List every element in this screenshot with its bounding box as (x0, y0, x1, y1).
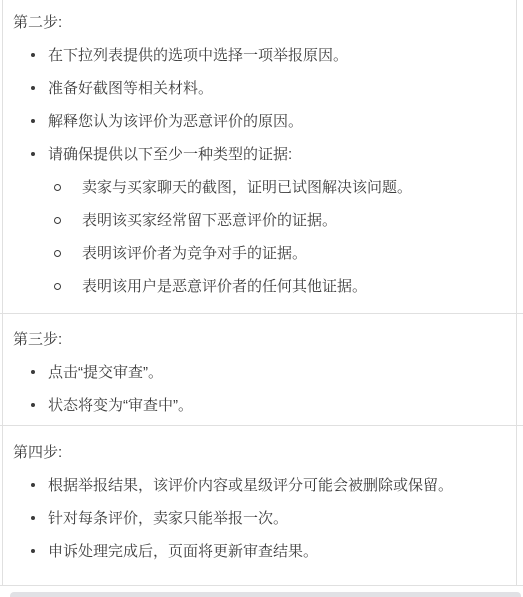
help-document-page: 第二步: 在下拉列表提供的选项中选择一项举报原因。 准备好截图等相关材料。 解释… (0, 0, 523, 597)
step-4-list: 根据举报结果，该评价内容或星级评分可能会被删除或保留。 针对每条评价，卖家只能举… (13, 475, 507, 562)
panel-border-left (2, 0, 3, 585)
list-item-text: 请确保提供以下至少一种类型的证据: (48, 146, 292, 163)
step-2-section: 第二步: 在下拉列表提供的选项中选择一项举报原因。 准备好截图等相关材料。 解释… (0, 0, 523, 313)
list-item: 针对每条评价，卖家只能举报一次。 (48, 508, 507, 529)
step-2-list: 在下拉列表提供的选项中选择一项举报原因。 准备好截图等相关材料。 解释您认为该评… (13, 45, 507, 297)
step-3-section: 第三步: 点击“提交审查”。 状态将变为“审查中”。 (0, 314, 523, 425)
list-item: 解释您认为该评价为恶意评价的原因。 (48, 111, 507, 132)
list-item: 请确保提供以下至少一种类型的证据: 卖家与买家聊天的截图，证明已试图解决该问题。… (48, 144, 507, 297)
step-3-heading: 第三步: (13, 329, 507, 350)
step-4-section: 第四步: 根据举报结果，该评价内容或星级评分可能会被删除或保留。 针对每条评价，… (0, 426, 523, 585)
panel-border-right (516, 0, 517, 585)
list-item: 准备好截图等相关材料。 (48, 78, 507, 99)
list-item: 状态将变为“审查中”。 (48, 395, 507, 416)
step-4-heading: 第四步: (13, 442, 507, 463)
sub-list-item: 卖家与买家聊天的截图，证明已试图解决该问题。 (82, 177, 507, 198)
list-item: 点击“提交审查”。 (48, 362, 507, 383)
list-item: 根据举报结果，该评价内容或星级评分可能会被删除或保留。 (48, 475, 507, 496)
horizontal-scrollbar[interactable] (10, 592, 521, 597)
sub-list-item: 表明该买家经常留下恶意评价的证据。 (82, 210, 507, 231)
list-item: 在下拉列表提供的选项中选择一项举报原因。 (48, 45, 507, 66)
step-3-list: 点击“提交审查”。 状态将变为“审查中”。 (13, 362, 507, 416)
sub-list-item: 表明该用户是恶意评价者的任何其他证据。 (82, 276, 507, 297)
panel-bottom-border (0, 585, 523, 586)
step-2-heading: 第二步: (13, 12, 507, 33)
evidence-sublist: 卖家与买家聊天的截图，证明已试图解决该问题。 表明该买家经常留下恶意评价的证据。… (48, 177, 507, 297)
sub-list-item: 表明该评价者为竞争对手的证据。 (82, 243, 507, 264)
list-item: 申诉处理完成后，页面将更新审查结果。 (48, 541, 507, 562)
